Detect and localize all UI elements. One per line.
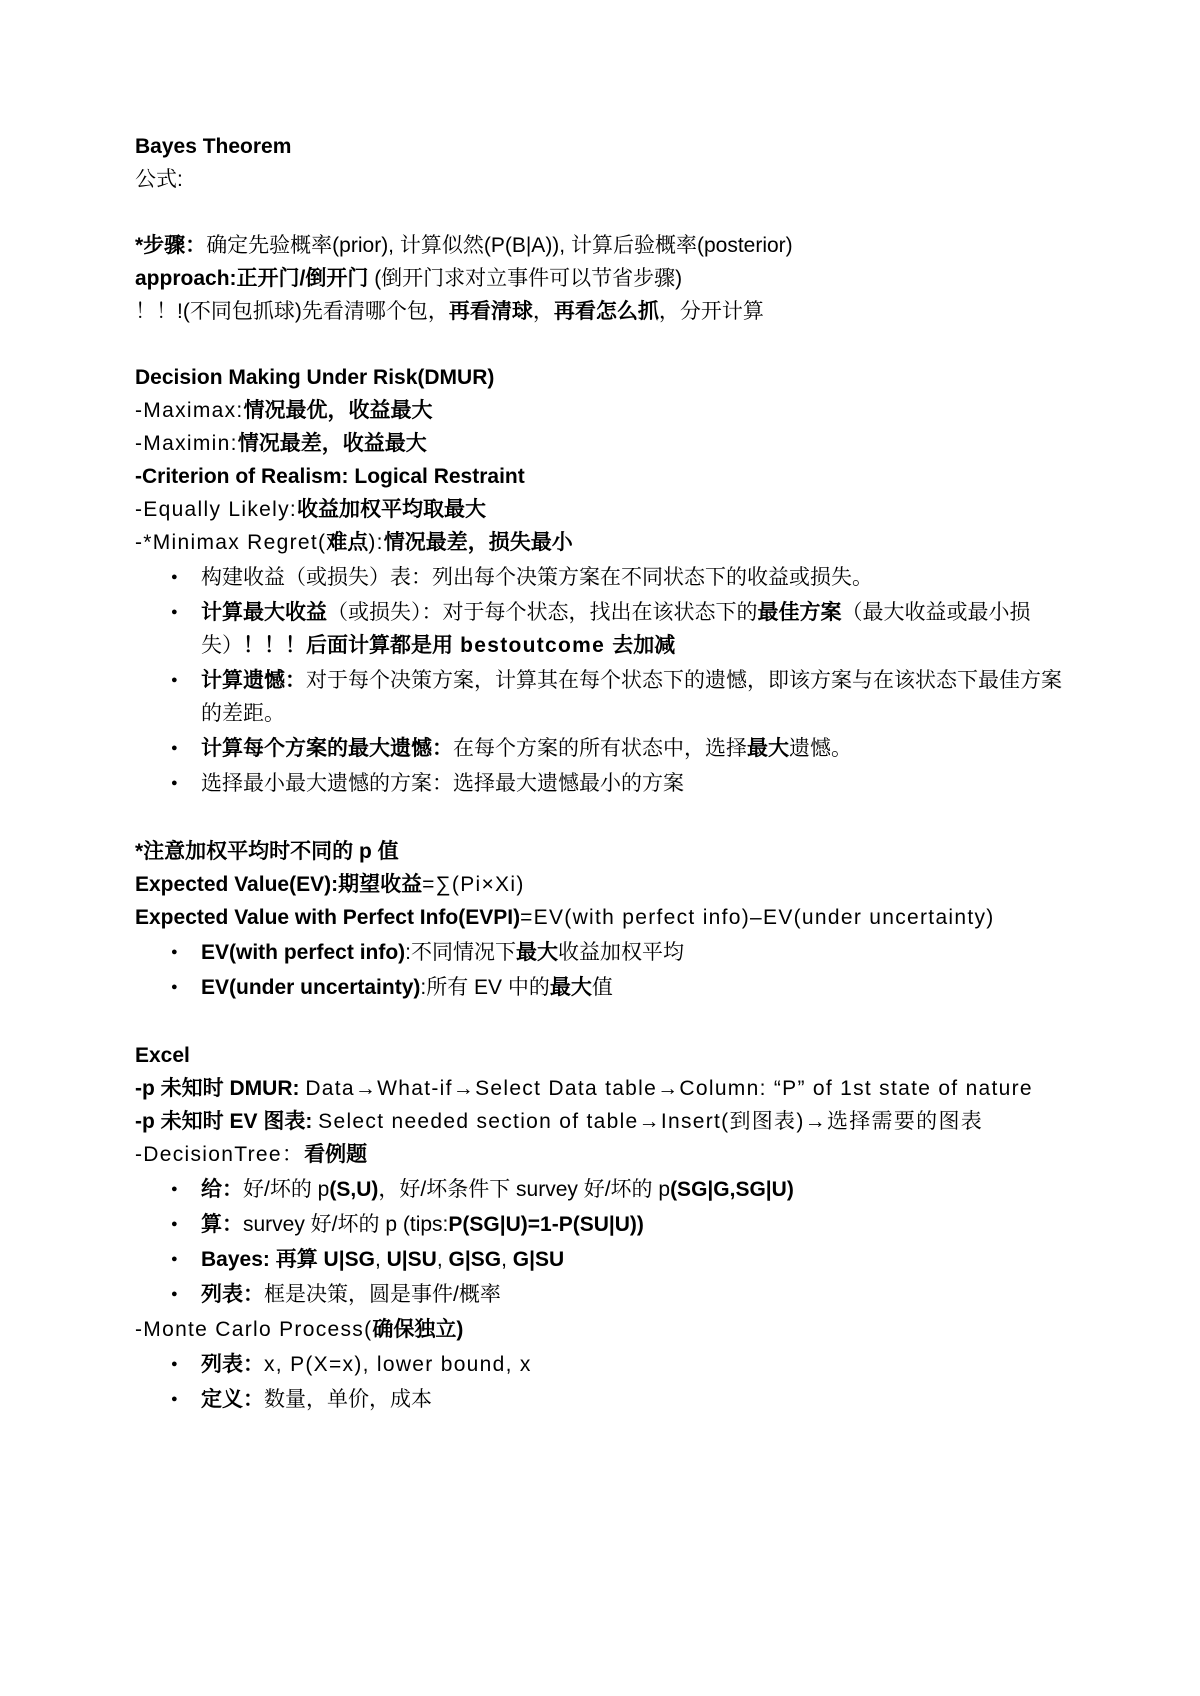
bullet-icon: ● xyxy=(171,1348,201,1381)
list-item-text: 构建收益（或损失）表：列出每个决策方案在不同状态下的收益或损失。 xyxy=(201,561,1065,594)
line-decision-tree: -DecisionTree：看例题 xyxy=(135,1138,1065,1171)
text-segment: 再看怎么抓 xyxy=(554,300,659,323)
list-item-max-regret-per-option: ●计算每个方案的最大遗憾：在每个方案的所有状态中，选择最大遗憾。 xyxy=(135,732,1065,765)
document-content: Bayes Theorem公式:*步骤：确定先验概率(prior), 计算似然(… xyxy=(135,130,1065,1416)
text-segment: G|SU xyxy=(513,1248,564,1271)
text-segment: =∑(Pi×Xi) xyxy=(422,873,525,896)
bullet-icon: ● xyxy=(171,561,201,594)
text-segment: 难点 xyxy=(326,531,368,554)
list-item-text: 选择最小最大遗憾的方案：选择最大遗憾最小的方案 xyxy=(201,767,1065,800)
bullet-icon: ● xyxy=(171,664,201,697)
text-segment: Select needed section of table→Insert(到图… xyxy=(318,1110,983,1133)
list-item-choose-min-max-regret: ●选择最小最大遗憾的方案：选择最大遗憾最小的方案 xyxy=(135,767,1065,800)
text-segment: -Maximin: xyxy=(135,432,238,455)
text-segment: 计算每个方案的最大遗憾： xyxy=(201,737,453,760)
text-segment: 最大 xyxy=(550,976,592,999)
text-segment: *步骤： xyxy=(135,234,206,257)
list-item-text: EV(under uncertainty):所有 EV 中的最大值 xyxy=(201,971,1065,1004)
document-page: Bayes Theorem公式:*步骤：确定先验概率(prior), 计算似然(… xyxy=(0,0,1200,1696)
text-segment: (S,U) xyxy=(329,1178,378,1201)
text-segment: -*Minimax Regret( xyxy=(135,531,326,554)
line-criterion-of-realism: -Criterion of Realism: Logical Restraint xyxy=(135,460,1065,493)
bullet-icon: ● xyxy=(171,732,201,765)
text-segment: -Monte Carlo Process( xyxy=(135,1318,372,1341)
title-excel: Excel xyxy=(135,1039,1065,1072)
list-item-given: ●给：好/坏的 p(S,U)，好/坏条件下 survey 好/坏的 p(SG|G… xyxy=(135,1173,1065,1206)
line-formula-label: 公式: xyxy=(135,163,1065,196)
text-segment: 数量，单价，成本 xyxy=(264,1388,432,1411)
text-segment: Expected Value(EV) xyxy=(135,873,331,896)
text-segment: , xyxy=(501,1248,513,1271)
text-segment: 算： xyxy=(201,1213,243,1236)
text-segment: Decision Making Under Risk(DMUR) xyxy=(135,366,494,389)
text-segment: 确定先验概率(prior), 计算似然(P(B|A)), 计算后验概率(post… xyxy=(206,234,792,257)
text-segment: approach: xyxy=(135,267,237,290)
text-segment: Excel xyxy=(135,1044,190,1067)
list-item-mc-define: ●定义：数量，单价，成本 xyxy=(135,1383,1065,1416)
text-segment: survey 好/坏的 p (tips: xyxy=(243,1213,448,1236)
bullet-icon: ● xyxy=(171,1383,201,1416)
text-segment: -p 未知时 DMUR: xyxy=(135,1077,305,1100)
bullet-icon: ● xyxy=(171,1173,201,1206)
text-segment: 去加减 xyxy=(612,634,675,657)
blank-line xyxy=(135,1006,1065,1039)
line-maximax: -Maximax:情况最优，收益最大 xyxy=(135,394,1065,427)
text-segment: :期望收益 xyxy=(331,873,422,896)
list-item-bayes: ●Bayes: 再算 U|SG, U|SU, G|SG, G|SU xyxy=(135,1243,1065,1276)
list-item-text: 计算每个方案的最大遗憾：在每个方案的所有状态中，选择最大遗憾。 xyxy=(201,732,1065,765)
text-segment: 定义： xyxy=(201,1388,264,1411)
list-item-compute-regret: ●计算遗憾：对于每个决策方案，计算其在每个状态下的遗憾，即该方案与在该状态下最佳… xyxy=(135,664,1065,730)
line-bag-ball-note: ！！!(不同包抓球)先看清哪个包，再看清球，再看怎么抓，分开计算 xyxy=(135,295,1065,328)
text-segment: 最佳方案 xyxy=(758,601,842,624)
list-item-ev-under-uncertainty: ●EV(under uncertainty):所有 EV 中的最大值 xyxy=(135,971,1065,1004)
line-p-unknown-dmur: -p 未知时 DMUR: Data→What-if→Select Data ta… xyxy=(135,1072,1065,1105)
text-segment: 收益加权平均 xyxy=(558,941,684,964)
list-item-compute: ●算：survey 好/坏的 p (tips:P(SG|U)=1-P(SU|U)… xyxy=(135,1208,1065,1241)
text-segment: 列表： xyxy=(201,1283,264,1306)
text-segment: Expected Value with Perfect Info(EVPI) xyxy=(135,906,520,929)
blank-line xyxy=(135,802,1065,835)
text-segment: 框是决策，圆是事件/概率 xyxy=(264,1283,501,1306)
text-segment: 构建收益（或损失）表：列出每个决策方案在不同状态下的收益或损失。 xyxy=(201,566,873,589)
text-segment: , xyxy=(437,1248,449,1271)
list-item-text: 计算最大收益（或损失）：对于每个状态，找出在该状态下的最佳方案（最大收益或最小损… xyxy=(201,596,1065,662)
list-item-text: 列表：框是决策，圆是事件/概率 xyxy=(201,1278,1065,1311)
line-p-unknown-ev-chart: -p 未知时 EV 图表: Select needed section of t… xyxy=(135,1105,1065,1138)
text-segment: ，分开计算 xyxy=(659,300,764,323)
bullet-icon: ● xyxy=(171,1208,201,1241)
list-item-compute-best-outcome: ●计算最大收益（或损失）：对于每个状态，找出在该状态下的最佳方案（最大收益或最小… xyxy=(135,596,1065,662)
text-segment: bestoutcome xyxy=(453,634,612,657)
line-approach: approach:正开门/倒开门 (倒开门求对立事件可以节省步骤) xyxy=(135,262,1065,295)
title-bayes-theorem: Bayes Theorem xyxy=(135,130,1065,163)
list-item-text: 算：survey 好/坏的 p (tips:P(SG|U)=1-P(SU|U)) xyxy=(201,1208,1065,1241)
text-segment: Bayes Theorem xyxy=(135,135,291,158)
list-item-ev-perfect-info: ●EV(with perfect info):不同情况下最大收益加权平均 xyxy=(135,936,1065,969)
text-segment: (倒开门求对立事件可以节省步骤) xyxy=(374,267,682,290)
text-segment: -Equally Likely: xyxy=(135,498,297,521)
bullet-icon: ● xyxy=(171,971,201,1004)
line-monte-carlo: -Monte Carlo Process(确保独立) xyxy=(135,1313,1065,1346)
text-segment: 计算最大收益 xyxy=(201,601,327,624)
text-segment: 列表： xyxy=(201,1353,264,1376)
blank-line xyxy=(135,328,1065,361)
text-segment: :不同情况下 xyxy=(405,941,516,964)
text-segment: 正开门/倒开门 xyxy=(237,267,375,290)
list-item-text: 定义：数量，单价，成本 xyxy=(201,1383,1065,1416)
text-segment: ， xyxy=(533,300,554,323)
text-segment: G|SG xyxy=(449,1248,502,1271)
text-segment: 好/坏的 p xyxy=(243,1178,329,1201)
title-weighted-average-note: *注意加权平均时不同的 p 值 xyxy=(135,835,1065,868)
text-segment: Data→What-if→Select Data table→Column: “… xyxy=(305,1077,1033,1100)
text-segment: x, P(X=x), lower bound, x xyxy=(264,1353,532,1376)
text-segment: 最大 xyxy=(516,941,558,964)
text-segment: ！！！后面计算都是用 xyxy=(243,634,453,657)
list-item-text: 列表：x, P(X=x), lower bound, x xyxy=(201,1348,1065,1381)
text-segment: 收益加权平均取最大 xyxy=(297,498,486,521)
text-segment: P(SG|U)=1-P(SU|U)) xyxy=(448,1213,644,1236)
text-segment: ！！!(不同包抓球)先看清哪个包， xyxy=(135,300,449,323)
text-segment: 选择最小最大遗憾的方案：选择最大遗憾最小的方案 xyxy=(201,772,684,795)
list-item-text: EV(with perfect info):不同情况下最大收益加权平均 xyxy=(201,936,1065,969)
text-segment: *注意加权平均时不同的 p 值 xyxy=(135,840,399,863)
text-segment: 情况最差，损失最小 xyxy=(384,531,573,554)
bullet-icon: ● xyxy=(171,1278,201,1311)
text-segment: -p 未知时 EV 图表: xyxy=(135,1110,318,1133)
text-segment: （或损失）：对于每个状态，找出在该状态下的 xyxy=(327,601,758,624)
title-dmur: Decision Making Under Risk(DMUR) xyxy=(135,361,1065,394)
text-segment: 计算遗憾： xyxy=(201,669,306,692)
text-segment: EV(under uncertainty) xyxy=(201,976,420,999)
list-item-tree-notation: ●列表：框是决策，圆是事件/概率 xyxy=(135,1278,1065,1311)
text-segment: =EV(with perfect info)–EV(under uncertai… xyxy=(520,906,994,929)
text-segment: ，好/坏条件下 survey 好/坏的 p xyxy=(378,1178,670,1201)
text-segment: 遗憾。 xyxy=(789,737,852,760)
text-segment: Bayes: 再算 U|SG xyxy=(201,1248,375,1271)
text-segment: 值 xyxy=(592,976,613,999)
text-segment: -Criterion of Realism: Logical Restraint xyxy=(135,465,525,488)
bullet-icon: ● xyxy=(171,596,201,629)
text-segment: 再看清球 xyxy=(449,300,533,323)
blank-line xyxy=(135,196,1065,229)
text-segment: -DecisionTree： xyxy=(135,1143,304,1166)
text-segment: U|SU xyxy=(387,1248,437,1271)
list-item-build-payoff-table: ●构建收益（或损失）表：列出每个决策方案在不同状态下的收益或损失。 xyxy=(135,561,1065,594)
bullet-icon: ● xyxy=(171,936,201,969)
text-segment: 最大 xyxy=(747,737,789,760)
line-maximin: -Maximin:情况最差，收益最大 xyxy=(135,427,1065,460)
bullet-icon: ● xyxy=(171,767,201,800)
text-segment: 确保独立) xyxy=(372,1318,463,1341)
text-segment: 看例题 xyxy=(304,1143,367,1166)
line-expected-value: Expected Value(EV):期望收益=∑(Pi×Xi) xyxy=(135,868,1065,901)
list-item-mc-table: ●列表：x, P(X=x), lower bound, x xyxy=(135,1348,1065,1381)
text-segment: 对于每个决策方案，计算其在每个状态下的遗憾，即该方案与在该状态下最佳方案的差距。 xyxy=(201,669,1062,725)
text-segment: 情况最优，收益最大 xyxy=(244,399,433,422)
text-segment: 给： xyxy=(201,1178,243,1201)
text-segment: :所有 EV 中的 xyxy=(420,976,550,999)
text-segment: 情况最差，收益最大 xyxy=(238,432,427,455)
text-segment: (SG|G,SG|U) xyxy=(670,1178,794,1201)
line-minimax-regret: -*Minimax Regret(难点):情况最差，损失最小 xyxy=(135,526,1065,559)
list-item-text: 给：好/坏的 p(S,U)，好/坏条件下 survey 好/坏的 p(SG|G,… xyxy=(201,1173,1065,1206)
list-item-text: 计算遗憾：对于每个决策方案，计算其在每个状态下的遗憾，即该方案与在该状态下最佳方… xyxy=(201,664,1065,730)
text-segment: 在每个方案的所有状态中，选择 xyxy=(453,737,747,760)
text-segment: ): xyxy=(368,531,383,554)
line-equally-likely: -Equally Likely:收益加权平均取最大 xyxy=(135,493,1065,526)
text-segment: EV(with perfect info) xyxy=(201,941,405,964)
text-segment: , xyxy=(375,1248,387,1271)
list-item-text: Bayes: 再算 U|SG, U|SU, G|SG, G|SU xyxy=(201,1243,1065,1276)
line-steps: *步骤：确定先验概率(prior), 计算似然(P(B|A)), 计算后验概率(… xyxy=(135,229,1065,262)
text-segment: 公式: xyxy=(135,168,183,191)
line-evpi: Expected Value with Perfect Info(EVPI)=E… xyxy=(135,901,1065,934)
text-segment: -Maximax: xyxy=(135,399,244,422)
bullet-icon: ● xyxy=(171,1243,201,1276)
